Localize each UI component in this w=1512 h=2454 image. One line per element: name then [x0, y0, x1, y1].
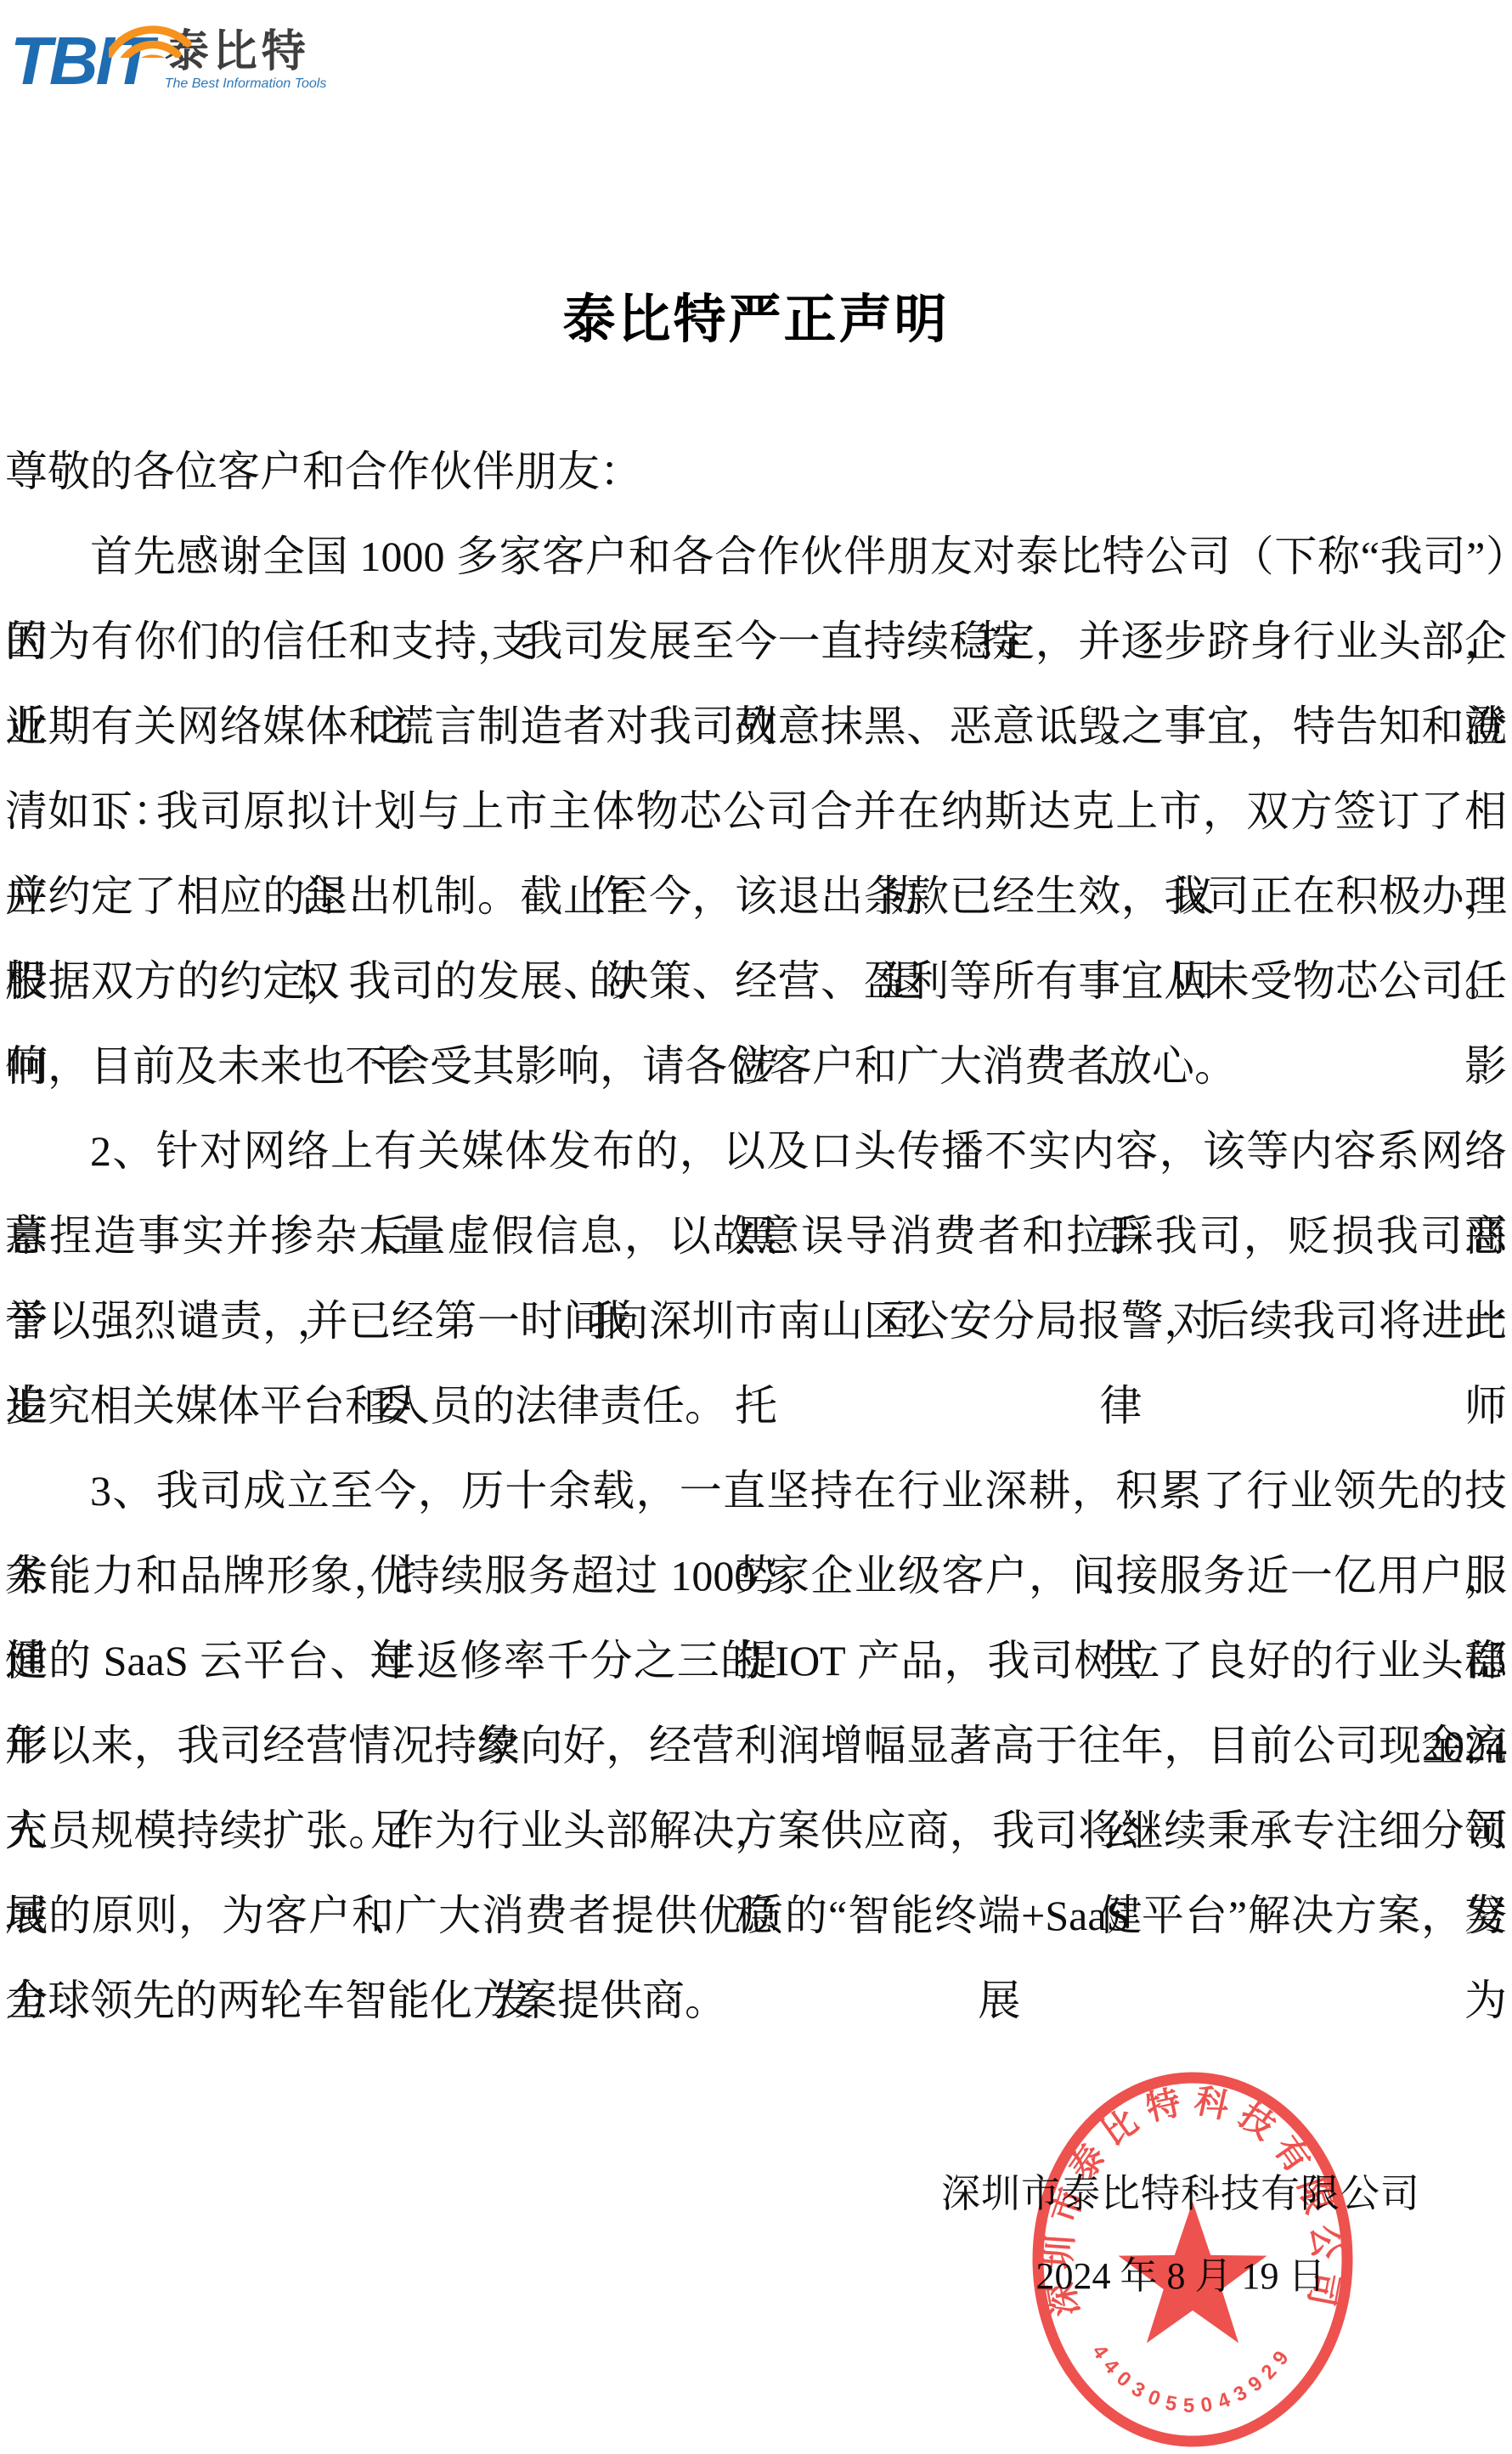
body-text: 尊敬的各位客户和合作伙伴朋友：首先感谢全国 1000 多家客户和各合作伙伴朋友对… — [5, 429, 1507, 2043]
body-line: 务能力和品牌形象，持续服务超过 1000 家企业级客户，间接服务近一亿用户，通过… — [5, 1533, 1507, 1618]
body-line: 并约定了相应的退出机制。截止至今，该退出条款已经生效，我司正在积极办理股权的退回… — [5, 854, 1507, 939]
seal-serial: 4403055043929 — [1087, 2341, 1298, 2417]
statement-page: TBIT 泰比特 The Best Information Tools 泰比特严… — [0, 0, 1512, 2454]
body-line: 人员规模持续扩张。作为行业头部解决方案供应商，我司将继续秉承专注细分领域、稳健发 — [5, 1788, 1507, 1873]
body-line: 意捏造事实并掺杂大量虚假信息，以故意误导消费者和拉踩我司，贬损我司商誉，我司对此 — [5, 1193, 1507, 1278]
body-line: 首先感谢全国 1000 多家客户和各合作伙伴朋友对泰比特公司（下称“我司”）的支… — [5, 514, 1507, 599]
wifi-arcs-icon — [109, 5, 197, 58]
brand-tagline: The Best Information Tools — [165, 76, 327, 92]
page-title: 泰比特严正声明 — [0, 277, 1512, 353]
company-seal: 深圳市泰比特科技有限公司 4403055043929 — [1026, 2066, 1359, 2453]
body-line: 近期有关网络媒体和谎言制造者对我司故意抹黑、恶意诋毁之事宜，特告知和澄清如下： — [5, 684, 1507, 769]
body-line: 2、针对网络上有关媒体发布的，以及口头传播不实内容，该等内容系网络幕后黑手恶 — [5, 1109, 1507, 1193]
body-line: 因为有你们的信任和支持，我司发展至今一直持续稳定，并逐步跻身行业头部企业之列。就 — [5, 599, 1507, 684]
body-line: 3、我司成立至今，历十余载，一直坚持在行业深耕，积累了行业领先的技术优势、服 — [5, 1448, 1507, 1533]
body-line: 予以强烈谴责，并已经第一时间向深圳市南山区公安分局报警，后续我司将进一步委托律师 — [5, 1278, 1507, 1363]
body-line: 1、我司原拟计划与上市主体物芯公司合并在纳斯达克上市，双方签订了相应合作协议， — [5, 769, 1507, 854]
body-line: 尊敬的各位客户和合作伙伴朋友： — [5, 429, 1507, 514]
body-line: 展的原则，为客户和广大消费者提供优质的“智能终端+SaaS 平台”解决方案，努力… — [5, 1873, 1507, 1958]
body-line: 根据双方的约定，我司的发展、决策、经营、盈利等所有事宜从未受物芯公司任何干涉、影 — [5, 939, 1507, 1024]
seal-star-icon — [1119, 2202, 1267, 2343]
body-line: 健的 SaaS 云平台、年返修率千分之三的 IOT 产品，我司树立了良好的行业头… — [5, 1618, 1507, 1703]
company-logo: TBIT 泰比特 The Best Information Tools — [10, 5, 326, 93]
body-line: 年以来，我司经营情况持续向好，经营利润增幅显著高于往年，目前公司现金流充足，公司 — [5, 1703, 1507, 1788]
